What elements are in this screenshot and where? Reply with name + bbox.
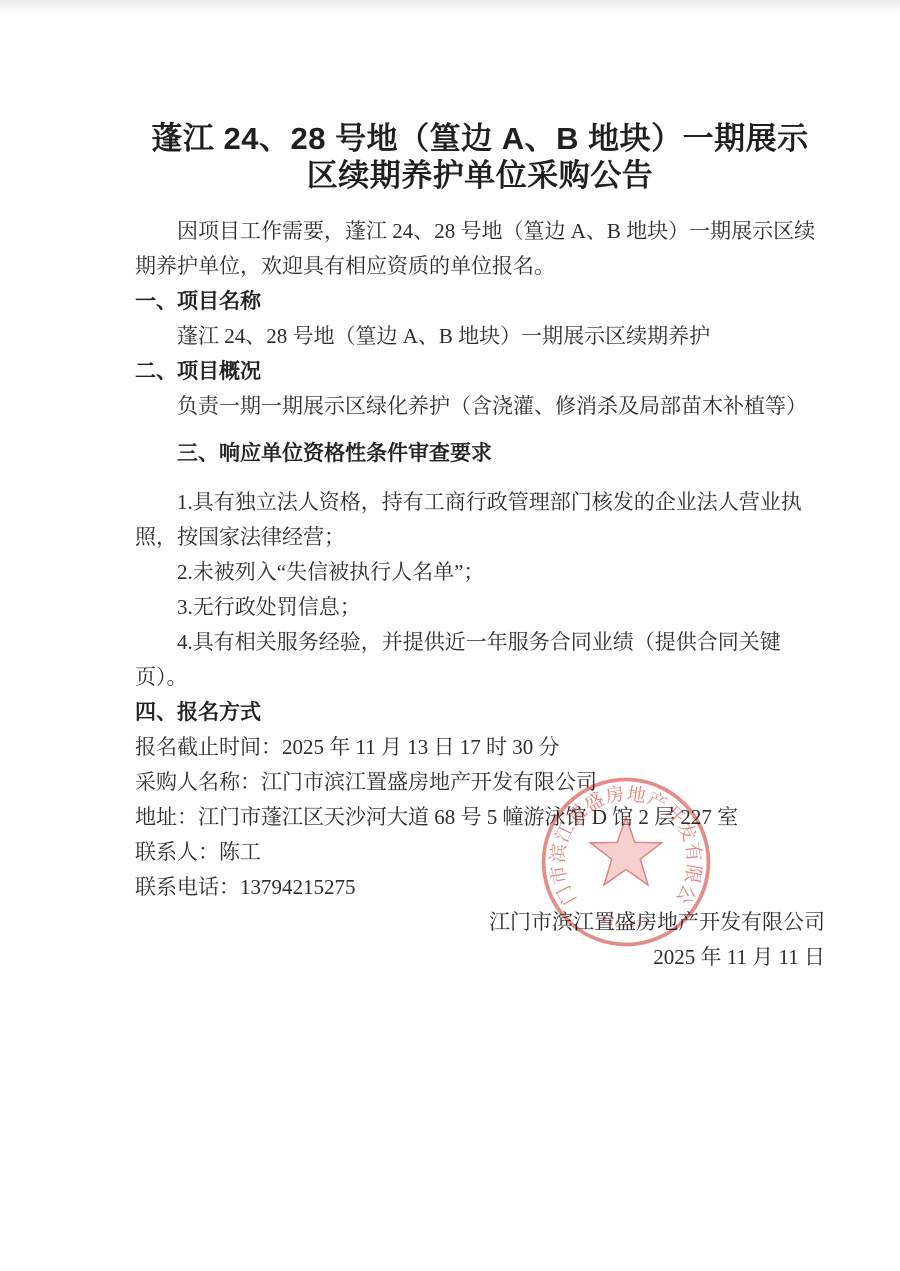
section1-body: 蓬江 24、28 号地（篁边 A、B 地块）一期展示区续期养护 — [135, 319, 825, 354]
star-icon — [590, 817, 661, 885]
qualification-item: 1.具有独立法人资格，持有工商行政管理部门核发的企业法人营业执照，按国家法律经营… — [135, 485, 825, 555]
qualification-item: 3.无行政处罚信息； — [135, 590, 825, 625]
document-page: 蓬江 24、28 号地（篁边 A、B 地块）一期展示 区续期养护单位采购公告 因… — [0, 0, 900, 1271]
title-line-1: 蓬江 24、28 号地（篁边 A、B 地块）一期展示 — [151, 121, 808, 156]
section1-heading: 一、项目名称 — [135, 284, 825, 319]
qualification-item: 2.未被列入“失信被执行人名单”； — [135, 555, 825, 590]
svg-text:4407033: 4407033 — [600, 915, 653, 930]
page-title: 蓬江 24、28 号地（篁边 A、B 地块）一期展示 区续期养护单位采购公告 — [135, 120, 825, 194]
intro-paragraph: 因项目工作需要，蓬江 24、28 号地（篁边 A、B 地块）一期展示区续期养护单… — [135, 214, 825, 284]
title-line-2: 区续期养护单位采购公告 — [307, 158, 654, 193]
seal-code-text: 4407033 — [600, 915, 653, 930]
section3-heading: 三、响应单位资格性条件审查要求 — [135, 436, 825, 471]
contact-person-line: 联系人：陈工 — [135, 835, 825, 870]
deadline-line: 报名截止时间：2025 年 11 月 13 日 17 时 30 分 — [135, 730, 825, 765]
signature-company: 江门市滨江置盛房地产开发有限公司 — [135, 905, 825, 940]
qualification-item: 4.具有相关服务经验，并提供近一年服务合同业绩（提供合同关键页）。 — [135, 625, 825, 695]
contact-phone-line: 联系电话：13794215275 — [135, 870, 825, 905]
signature-date: 2025 年 11 月 11 日 — [135, 940, 825, 975]
section2-heading: 二、项目概况 — [135, 354, 825, 389]
section4-heading: 四、报名方式 — [135, 695, 825, 730]
section2-body: 负责一期一期展示区绿化养护（含浇灌、修消杀及局部苗木补植等） — [135, 389, 825, 424]
scan-edge-artifact — [0, 0, 900, 14]
address-line: 地址：江门市蓬江区天沙河大道 68 号 5 幢游泳馆 D 馆 2 层 227 室 — [135, 800, 825, 835]
company-seal-stamp: 江门市滨江置盛房地产开发有限公司 4407033 — [537, 773, 715, 951]
document-body: 蓬江 24、28 号地（篁边 A、B 地块）一期展示 区续期养护单位采购公告 因… — [135, 120, 825, 975]
purchaser-line: 采购人名称：江门市滨江置盛房地产开发有限公司 — [135, 765, 825, 800]
